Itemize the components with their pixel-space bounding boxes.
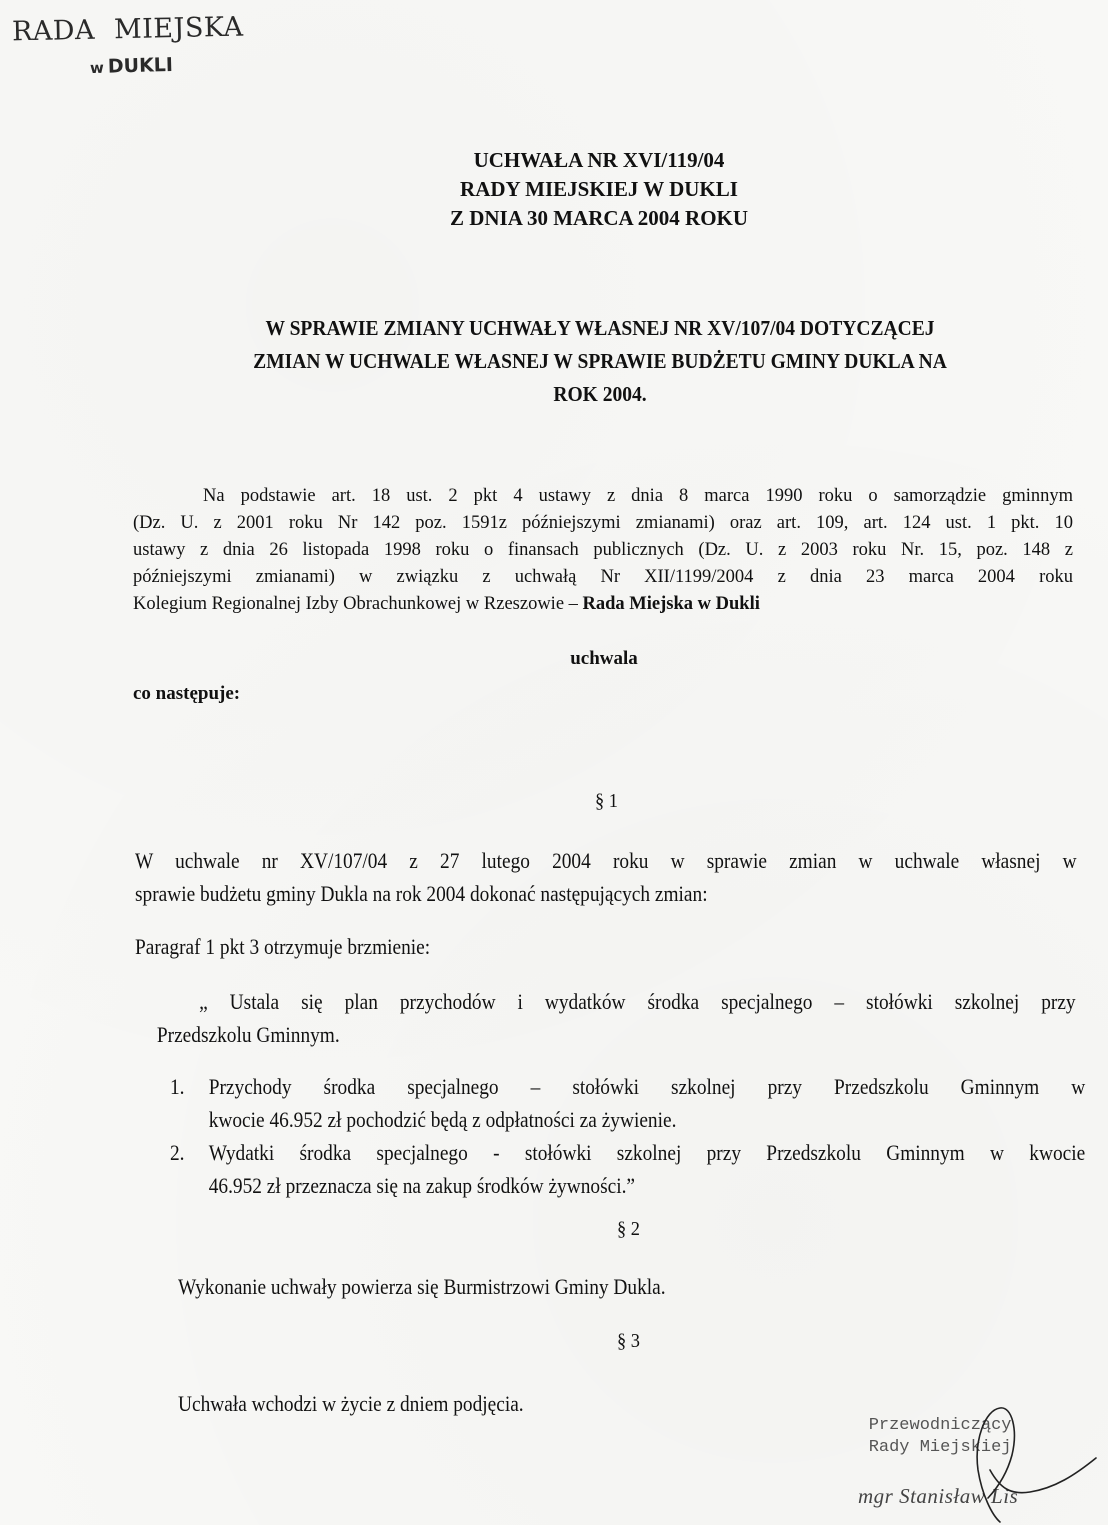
legal-basis-line: późniejszymi zmianami) w związku z uchwa… — [133, 564, 1073, 591]
amendment-quote: „ Ustala się plan przychodów i wydatków … — [178, 985, 1076, 1051]
council-name: Rada Miejska w Dukli — [583, 594, 760, 614]
stamp-town: DUKLI — [108, 54, 174, 78]
list-item-number: 2. — [170, 1136, 185, 1169]
section-3-sign: § 3 — [617, 1330, 640, 1353]
legal-basis-line: (Dz. U. z 2001 roku Nr 142 poz. 1591z pó… — [133, 510, 1073, 537]
quote-line: „ Ustala się plan przychodów i wydatków … — [178, 985, 1076, 1018]
amendment-intro: Paragraf 1 pkt 3 otrzymuje brzmienie: — [135, 930, 1015, 963]
resolution-number: UCHWAŁA NR XVI/119/04 — [0, 146, 1108, 175]
document-page: RADA MIEJSKA wDUKLI UCHWAŁA NR XVI/119/0… — [0, 0, 1108, 1525]
list-item-line: Wydatki środka specjalnego - stołówki sz… — [209, 1136, 1085, 1169]
council-stamp-line2: wDUKLI — [90, 54, 174, 78]
legal-basis-line: ustawy z dnia 26 listopada 1998 roku o f… — [133, 537, 1073, 564]
section-1-line: W uchwale nr XV/107/04 z 27 lutego 2004 … — [135, 844, 1077, 877]
amendment-list: 1. Przychody środka specjalnego – stołów… — [170, 1070, 1085, 1202]
legal-basis-line: Na podstawie art. 18 ust. 2 pkt 4 ustawy… — [133, 483, 1073, 510]
section-1-sign: § 1 — [595, 790, 618, 813]
resolution-council: RADY MIEJSKIEJ W DUKLI — [0, 175, 1108, 204]
section-2-text: Wykonanie uchwały powierza się Burmistrz… — [178, 1270, 666, 1303]
list-item-line: kwocie 46.952 zł pochodzić będą z odpłat… — [209, 1103, 1085, 1136]
list-item-number: 1. — [170, 1070, 185, 1103]
as-follows-label: co następuje: — [133, 683, 240, 705]
section-3-text: Uchwała wchodzi w życie z dniem podjęcia… — [178, 1387, 524, 1420]
legal-basis-line: Kolegium Regionalnej Izby Obrachunkowej … — [133, 591, 1073, 618]
resolution-header: UCHWAŁA NR XVI/119/04 RADY MIEJSKIEJ W D… — [0, 146, 1108, 233]
section-2-sign: § 2 — [617, 1218, 640, 1241]
section-1-line: sprawie budżetu gminy Dukla na rok 2004 … — [135, 877, 1077, 910]
quote-line: Przedszkolu Gminnym. — [157, 1018, 1076, 1051]
list-item-line: 46.952 zł przeznacza się na zakup środkó… — [209, 1169, 1085, 1202]
resolution-date: Z DNIA 30 MARCA 2004 ROKU — [0, 204, 1108, 233]
resolves-heading: uchwala — [0, 648, 1108, 670]
list-item: 1. Przychody środka specjalnego – stołów… — [170, 1070, 1085, 1136]
legal-basis-paragraph: Na podstawie art. 18 ust. 2 pkt 4 ustawy… — [133, 483, 1073, 618]
council-stamp-line1: RADA MIEJSKA — [12, 12, 244, 48]
legal-basis-last-text: Kolegium Regionalnej Izby Obrachunkowej … — [133, 594, 583, 614]
subject-line: ROK 2004. — [163, 378, 1037, 411]
subject-line: W SPRAWIE ZMIANY UCHWAŁY WŁASNEJ NR XV/1… — [163, 312, 1037, 345]
handwritten-signature-icon — [930, 1400, 1100, 1525]
resolution-subject: W SPRAWIE ZMIANY UCHWAŁY WŁASNEJ NR XV/1… — [163, 312, 1037, 411]
stamp-prefix: w — [90, 59, 104, 77]
list-item: 2. Wydatki środka specjalnego - stołówki… — [170, 1136, 1085, 1202]
subject-line: ZMIAN W UCHWALE WŁASNEJ W SPRAWIE BUDŻET… — [163, 345, 1037, 378]
list-item-line: Przychody środka specjalnego – stołówki … — [209, 1070, 1085, 1103]
section-1-text: W uchwale nr XV/107/04 z 27 lutego 2004 … — [135, 844, 1077, 910]
